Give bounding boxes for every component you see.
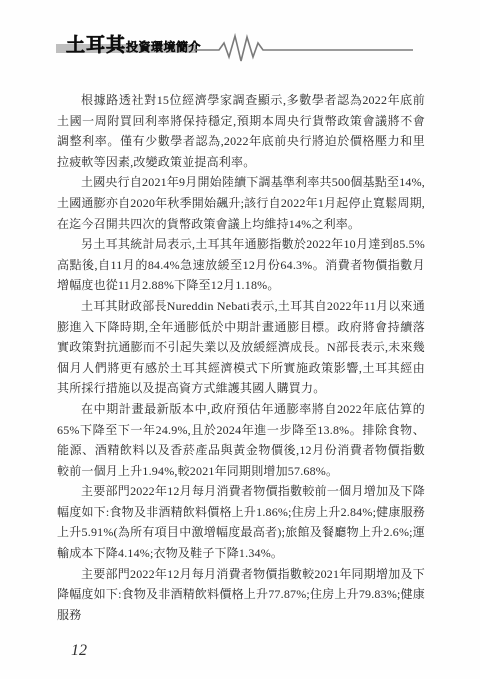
body-text: 根據路透社對15位經濟學家調查顯示,多數學者認為2022年底前土國一周附買回利率… (57, 90, 425, 625)
body-paragraph: 根據路透社對15位經濟學家調查顯示,多數學者認為2022年底前土國一周附買回利率… (57, 90, 425, 172)
body-paragraph: 土耳其財政部長Nureddin Nebati表示,土耳其自2022年11月以來通… (57, 296, 425, 399)
document-page: 土耳其投資環境簡介 根據路透社對15位經濟學家調查顯示,多數學者認為2022年底… (0, 0, 480, 679)
page-title: 土耳其投資環境簡介 (66, 30, 201, 57)
body-paragraph: 另土耳其統計局表示,土耳其年通膨指數於2022年10月達到85.5%高點後,自1… (57, 234, 425, 296)
page-header: 土耳其投資環境簡介 (0, 0, 480, 70)
body-paragraph: 土國央行自2021年9月開始陸續下調基準利率共500個基點至14%,土國通膨亦自… (57, 172, 425, 234)
pulse-divider-line-icon (194, 33, 413, 66)
title-sub: 投資環境簡介 (126, 40, 201, 54)
body-paragraph: 主要部門2022年12月每月消費者物價指數較前一個月增加及下降幅度如下:食物及非… (57, 481, 425, 563)
body-paragraph: 在中期計畫最新版本中,政府預估年通膨率將自2022年底估算的65%下降至下一年2… (57, 399, 425, 481)
body-paragraph: 主要部門2022年12月每月消費者物價指數較2021年同期增加及下降幅度如下:食… (57, 564, 425, 626)
page-number: 12 (71, 642, 87, 660)
title-main: 土耳其 (66, 35, 126, 56)
